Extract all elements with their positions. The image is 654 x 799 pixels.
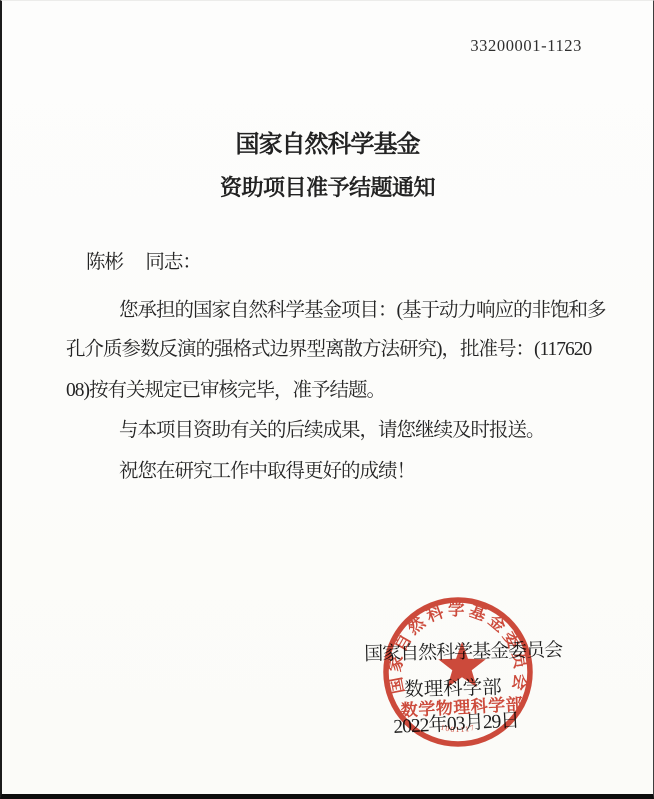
body-line-4: 与本项目资助有关的后续成果，请您继续及时报送。 [119, 421, 545, 441]
body-line-1: 您承担的国家自然科学基金项目：(基于动力响应的非饱和多 [119, 301, 606, 321]
letter-subtitle: 资助项目准予结题通知 [2, 177, 653, 199]
signature-dept: 数理科学部 [404, 678, 502, 700]
body-line-5: 祝您在研究工作中取得更好的成绩！ [119, 462, 415, 482]
salutation: 陈彬 同志： [86, 253, 201, 273]
body-line-2: 孔介质参数反演的强格式边界型离散方法研究)，批准号：(117620 [66, 340, 591, 360]
scanned-letter: 33200001-1123 国家自然科学基金 资助项目准予结题通知 陈彬 同志：… [0, 0, 654, 799]
signature-org: 国家自然科学基金委员会 [364, 641, 562, 664]
doc-number: 33200001-1123 [470, 38, 582, 55]
letter-title: 国家自然科学基金 [2, 133, 653, 157]
body-line-3: 08)按有关规定已审核完毕，准予结题。 [66, 381, 385, 401]
